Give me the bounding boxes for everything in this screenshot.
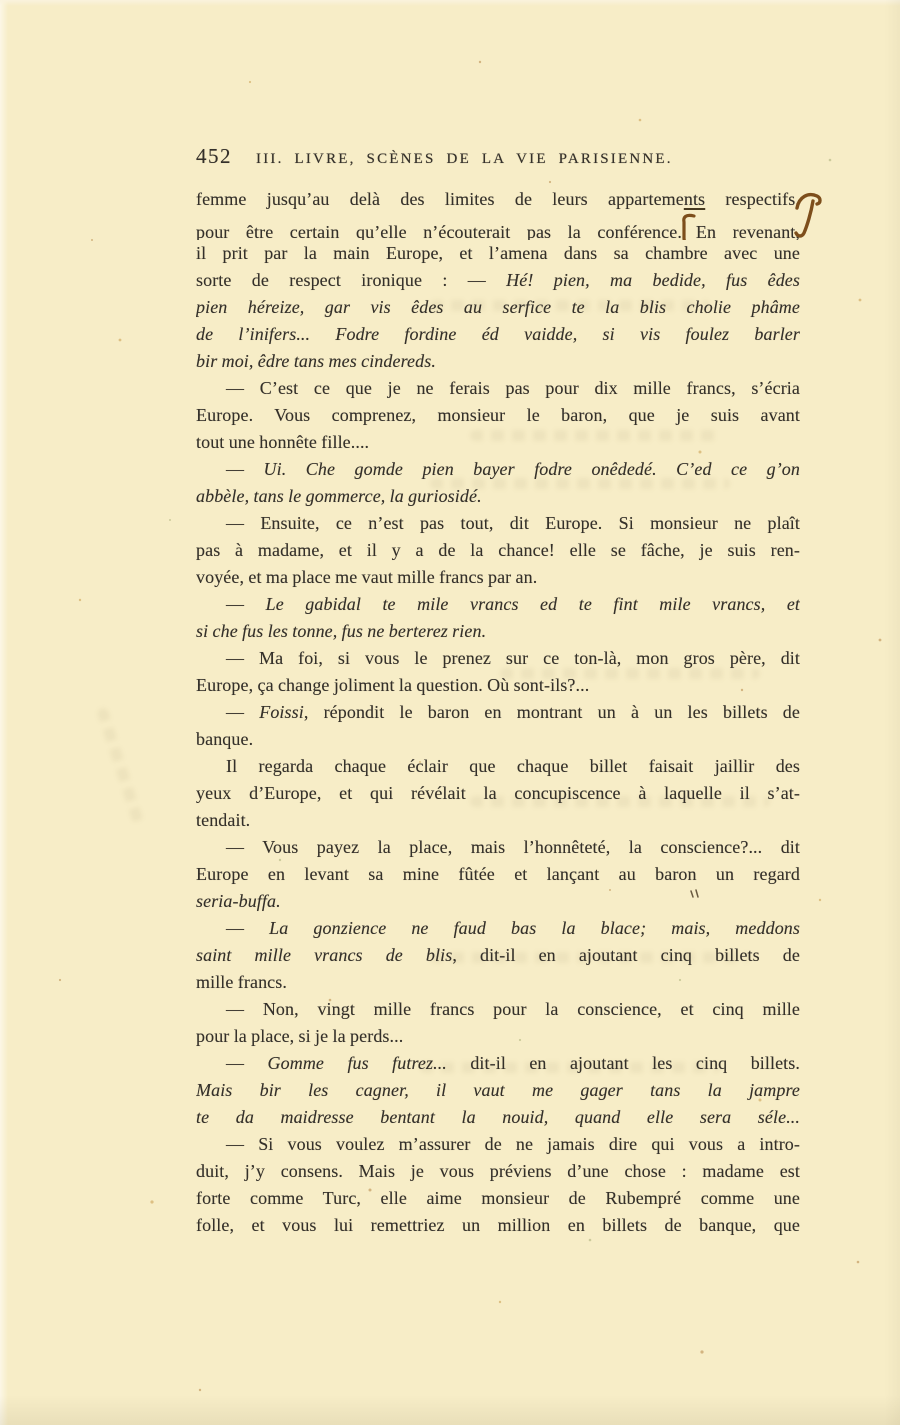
text-line: forte comme Turc, elle aime monsieur de … (196, 1185, 800, 1212)
italic-text: abbèle, tans le gommerce, la guriosidé. (196, 486, 482, 506)
roman-text: — (226, 459, 264, 479)
roman-text: folle, et vous lui remettriez un million… (196, 1215, 800, 1235)
text-line: — C’est ce que je ne ferais pas pour dix… (196, 375, 800, 402)
text-line: folle, et vous lui remettriez un million… (196, 1212, 800, 1239)
roman-text: — (226, 594, 266, 614)
roman-text: Europe, ça change joliment la question. … (196, 675, 589, 695)
roman-text: banque. (196, 729, 253, 749)
roman-text: mille francs. (196, 972, 287, 992)
text-line: — Vous payez la place, mais l’honnêteté,… (196, 834, 800, 861)
roman-text: Europe en levant sa mine fûtée et lançan… (196, 864, 800, 884)
text-line: — Si vous voulez m’assurer de ne jamais … (196, 1131, 800, 1158)
text-line: tendait. (196, 807, 800, 834)
text-line: — Foissi, répondit le baron en montrant … (196, 699, 800, 726)
text-line: yeux d’Europe, et qui révélait la concup… (196, 780, 800, 807)
italic-text: si che fus les tonne, fus ne berterez ri… (196, 621, 486, 641)
roman-text: Europe. Vous comprenez, monsieur le baro… (196, 405, 800, 425)
roman-text: , répondit le baron en montrant un à un … (304, 702, 800, 722)
running-title: III. LIVRE, SCÈNES DE LA VIE PARISIENNE. (256, 151, 673, 167)
roman-text: — (226, 918, 269, 938)
italic-text: Gomme fus futrez... (268, 1053, 447, 1073)
roman-text: femme jusqu’au delà des limites de leurs… (196, 189, 684, 209)
text-line: femme jusqu’au delà des limites de leurs… (196, 186, 800, 213)
text-line: — La gonzience ne faud bas la blace; mai… (196, 915, 800, 942)
roman-text: — Vous payez la place, mais l’honnêteté,… (226, 837, 800, 857)
roman-text: sorte de respect ironique : — (196, 270, 506, 290)
roman-text: — (226, 1053, 268, 1073)
roman-text: — Ensuite, ce n’est pas tout, dit Europe… (226, 513, 800, 533)
show-through-text-ghost (96, 707, 144, 825)
italic-text: bir moi, êdre tans mes cindereds. (196, 351, 436, 371)
roman-text: — C’est ce que je ne ferais pas pour dix… (226, 378, 800, 398)
text-line: pien héreize, gar vis êdes au serfice te… (196, 294, 800, 321)
roman-text: respectifs, (705, 189, 800, 209)
text-line: pour être certain qu’elle n’écouterait p… (196, 213, 800, 240)
book-page: 452III. LIVRE, SCÈNES DE LA VIE PARISIEN… (0, 0, 900, 1425)
text-line: Europe en levant sa mine fûtée et lançan… (196, 861, 800, 888)
text-line: Il regarda chaque éclair que chaque bill… (196, 753, 800, 780)
text-line: Europe. Vous comprenez, monsieur le baro… (196, 402, 800, 429)
text-line: Mais bir les cagner, il vaut me gager ta… (196, 1077, 800, 1104)
italic-text: pien héreize, gar vis êdes au serfice te… (196, 297, 800, 317)
text-line: de l’inifers... Fodre fordine éd vaidde,… (196, 321, 800, 348)
text-line: — Non, vingt mille francs pour la consci… (196, 996, 800, 1023)
roman-text: forte comme Turc, elle aime monsieur de … (196, 1188, 800, 1208)
roman-text: — Si vous voulez m’assurer de ne jamais … (226, 1134, 800, 1154)
italic-text: te da maidresse bentant la nouid, quand … (196, 1107, 800, 1127)
text-line: — Ensuite, ce n’est pas tout, dit Europe… (196, 510, 800, 537)
handwritten-bracket-mark (682, 213, 696, 240)
roman-text: dit-il en ajoutant les cinq billets. (447, 1053, 800, 1073)
roman-text: voyée, et ma place me vaut mille francs … (196, 567, 537, 587)
italic-text: Hé! pien, ma bedide, fus êdes (506, 270, 800, 290)
text-line: pour la place, si je la perds... (196, 1023, 800, 1050)
text-line: voyée, et ma place me vaut mille francs … (196, 564, 800, 591)
italic-text: seria-buffa. (196, 891, 281, 911)
roman-text: , dit-il en ajoutant cinq billets de (452, 945, 800, 965)
ink-underlined-text: nts (684, 189, 705, 209)
text-line: duit, j’y consens. Mais je vous préviens… (196, 1158, 800, 1185)
italic-text: Ui. Che gomde pien bayer fodre onêdedé. … (264, 459, 800, 479)
roman-text: pour être certain qu’elle n’écouterait p… (196, 222, 682, 240)
text-line: tout une honnête fille.... (196, 429, 800, 456)
text-line: seria-buffa. (196, 888, 800, 915)
body-text: femme jusqu’au delà des limites de leurs… (196, 186, 800, 1239)
page-edge-bottom (0, 1395, 900, 1425)
italic-text: Mais bir les cagner, il vaut me gager ta… (196, 1080, 800, 1100)
text-line: il prit par la main Europe, et l’amena d… (196, 240, 800, 267)
italic-text: La gonzience ne faud bas la blace; mais,… (269, 918, 800, 938)
text-line: bir moi, êdre tans mes cindereds. (196, 348, 800, 375)
roman-text: tendait. (196, 810, 250, 830)
page-number: 452 (196, 144, 232, 169)
roman-text: pas à madame, et il y a de la chance! el… (196, 540, 800, 560)
text-line: — Le gabidal te mile vrancs ed te fint m… (196, 591, 800, 618)
text-line: pas à madame, et il y a de la chance! el… (196, 537, 800, 564)
roman-text: — Non, vingt mille francs pour la consci… (226, 999, 800, 1019)
text-line: saint mille vrancs de blis, dit-il en aj… (196, 942, 800, 969)
italic-text: saint mille vrancs de blis (196, 945, 452, 965)
text-line: Europe, ça change joliment la question. … (196, 672, 800, 699)
text-line: abbèle, tans le gommerce, la guriosidé. (196, 483, 800, 510)
italic-text: Foissi (259, 702, 304, 722)
roman-text: — Ma foi, si vous le prenez sur ce ton-l… (226, 648, 800, 668)
text-line: — Gomme fus futrez... dit-il en ajoutant… (196, 1050, 800, 1077)
page-edge-top (0, 0, 900, 6)
italic-text: de l’inifers... Fodre fordine éd vaidde,… (196, 324, 800, 344)
text-line: — Ui. Che gomde pien bayer fodre onêdedé… (196, 456, 800, 483)
roman-text: — (226, 702, 259, 722)
roman-text: pour la place, si je la perds... (196, 1026, 403, 1046)
page-edge-right (884, 0, 900, 1425)
text-line: sorte de respect ironique : — Hé! pien, … (196, 267, 800, 294)
italic-text: Le gabidal te mile vrancs ed te fint mil… (266, 594, 800, 614)
text-line: — Ma foi, si vous le prenez sur ce ton-l… (196, 645, 800, 672)
text-line: si che fus les tonne, fus ne berterez ri… (196, 618, 800, 645)
roman-text: yeux d’Europe, et qui révélait la concup… (196, 783, 800, 803)
text-line: mille francs. (196, 969, 800, 996)
text-line: te da maidresse bentant la nouid, quand … (196, 1104, 800, 1131)
roman-text: duit, j’y consens. Mais je vous préviens… (196, 1161, 800, 1181)
page-edge-left (0, 0, 8, 1425)
roman-text: Il regarda chaque éclair que chaque bill… (226, 756, 800, 776)
text-line: banque. (196, 726, 800, 753)
roman-text: En revenant, (696, 222, 800, 240)
roman-text: il prit par la main Europe, et l’amena d… (196, 243, 800, 263)
page-header: 452III. LIVRE, SCÈNES DE LA VIE PARISIEN… (196, 144, 800, 169)
roman-text: tout une honnête fille.... (196, 432, 369, 452)
